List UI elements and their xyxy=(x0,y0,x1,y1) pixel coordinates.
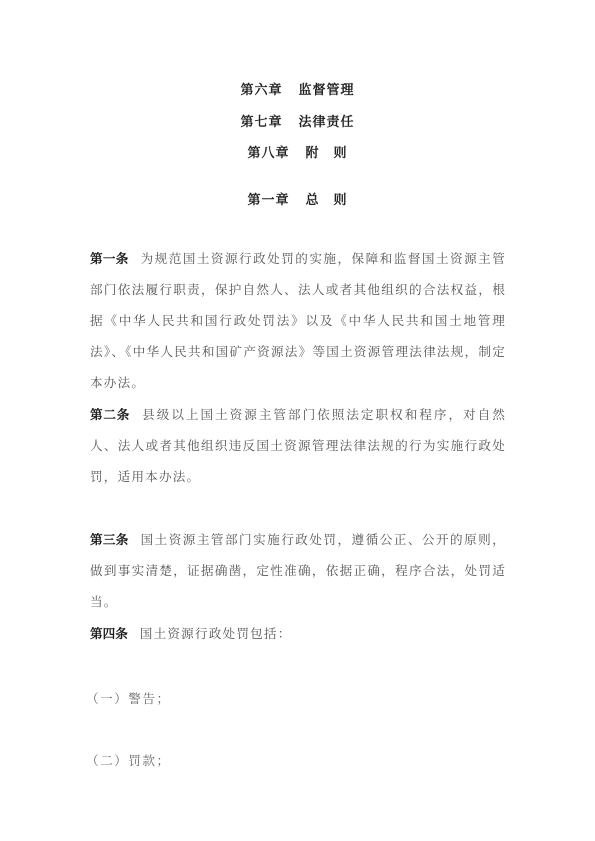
list-item-text: 警告； xyxy=(128,691,170,706)
list-item-number: （一） xyxy=(86,691,128,706)
toc-chapter-title: 附 则 xyxy=(306,146,348,161)
list-item-fine: （二）罚款； xyxy=(86,750,171,769)
toc-chapter-number: 第七章 xyxy=(240,115,282,130)
toc-chapter-title: 法律责任 xyxy=(299,115,355,130)
article-4: 第四条国土资源行政处罚包括： xyxy=(90,618,506,649)
toc-entry-chapter-6: 第六章监督管理 xyxy=(0,79,595,98)
article-label: 第一条 xyxy=(90,251,129,266)
article-text: 国土资源行政处罚包括： xyxy=(140,626,292,641)
chapter-title: 总 则 xyxy=(306,193,348,208)
article-label: 第四条 xyxy=(90,626,128,641)
article-text: 为规范国土资源行政处罚的实施，保障和监督国土资源主管部门依法履行职责，保护自然人… xyxy=(90,251,506,390)
chapter-heading: 第一章总 则 xyxy=(0,189,595,208)
article-label: 第三条 xyxy=(90,532,129,547)
list-item-number: （二） xyxy=(86,753,128,768)
toc-entry-chapter-8: 第八章附 则 xyxy=(0,142,595,161)
toc-chapter-number: 第六章 xyxy=(240,83,282,98)
toc-chapter-title: 监督管理 xyxy=(299,83,355,98)
list-item-warning: （一）警告； xyxy=(86,688,171,707)
article-text: 国土资源主管部门实施行政处罚，遵循公正、公开的原则，做到事实清楚，证据确凿，定性… xyxy=(90,532,506,609)
toc-chapter-number: 第八章 xyxy=(247,146,289,161)
toc-entry-chapter-7: 第七章法律责任 xyxy=(0,111,595,130)
article-label: 第二条 xyxy=(90,407,130,422)
article-text: 县级以上国土资源主管部门依照法定职权和程序，对自然人、法人或者其他组织违反国土资… xyxy=(90,407,506,484)
article-3: 第三条国土资源主管部门实施行政处罚，遵循公正、公开的原则，做到事实清楚，证据确凿… xyxy=(90,524,506,617)
chapter-number: 第一章 xyxy=(247,193,289,208)
article-1: 第一条为规范国土资源行政处罚的实施，保障和监督国土资源主管部门依法履行职责，保护… xyxy=(90,243,506,398)
article-2: 第二条县级以上国土资源主管部门依照法定职权和程序，对自然人、法人或者其他组织违反… xyxy=(90,399,506,492)
list-item-text: 罚款； xyxy=(128,753,170,768)
